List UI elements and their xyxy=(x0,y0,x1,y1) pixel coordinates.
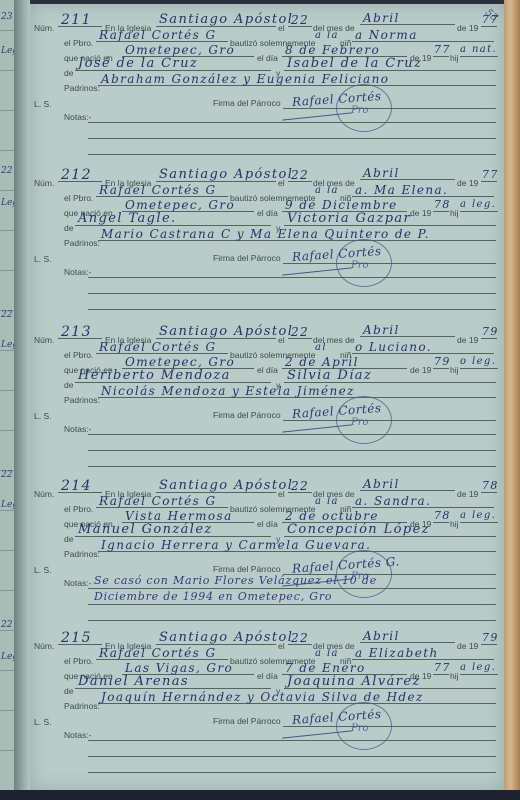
num-label: Núm. xyxy=(34,489,54,499)
baptism-day: 22 xyxy=(288,632,312,645)
ls-label: L. S. xyxy=(34,254,51,264)
notes-line xyxy=(88,293,496,294)
ls-label: L. S. xyxy=(34,565,51,575)
father-name: José de la Cruz xyxy=(75,58,271,71)
notes-line xyxy=(88,154,496,155)
notes-line xyxy=(88,122,496,123)
note-line-1: Se casó con Mario Flores Velázquez el 10… xyxy=(94,574,377,587)
baptism-month: Abril xyxy=(360,12,455,25)
note-line-2: Diciembre de 1994 en Ometepec, Gro xyxy=(94,590,332,603)
ruled-line xyxy=(0,190,14,191)
ruled-line xyxy=(0,550,14,551)
baptism-day: 22 xyxy=(288,14,312,27)
child-name: a. Ma Elena. xyxy=(352,184,494,197)
left-margin-mark: 22 xyxy=(1,470,12,480)
pbro-label: el Pbro. xyxy=(64,38,93,48)
church-name: Santiago Apóstol xyxy=(156,632,276,645)
godparents: Nicolás Mendoza y Estela Jiménez xyxy=(98,385,496,398)
baptism-year: 78 xyxy=(481,480,497,493)
notes-line xyxy=(88,604,496,605)
mother-name: Joaquina Alvárez xyxy=(284,676,496,689)
de-label: de xyxy=(64,686,73,696)
a-la-text: a la xyxy=(315,496,337,509)
priest-name: Rafael Cortés G xyxy=(96,184,228,197)
godparents: Ignacio Herrera y Carmela Guevara. xyxy=(98,539,496,552)
num-label: Núm. xyxy=(34,178,54,188)
notes-line xyxy=(88,309,496,310)
notes-line xyxy=(88,466,496,467)
a-la-text: a la xyxy=(315,30,337,43)
priest-name: Rafael Cortés G xyxy=(96,495,228,508)
pbro-label: el Pbro. xyxy=(64,350,93,360)
ruled-line xyxy=(0,230,14,231)
el-label: el xyxy=(278,489,285,499)
baptism-day: 22 xyxy=(288,326,312,339)
baptism-year: 79 xyxy=(481,326,497,339)
pbro-label: el Pbro. xyxy=(64,656,93,666)
baptism-entry: Núm. 214 En la Iglesia Santiago Apóstol … xyxy=(30,470,504,620)
previous-page-edge: 23 Leg. 22 Leg. 22 Leg. 22 Leg. 22 Leg. xyxy=(0,0,15,800)
baptism-month: Abril xyxy=(360,324,455,337)
el-label: el xyxy=(278,641,285,651)
baptism-register-page: 53 Núm. 211 En la Iglesia Santiago Apóst… xyxy=(30,4,504,790)
baptism-year: 79 xyxy=(481,632,497,645)
mother-name: Isabel de la Cruz xyxy=(284,58,496,71)
child-name: a Norma xyxy=(352,29,494,42)
de-label: de xyxy=(64,380,73,390)
ruled-line xyxy=(0,710,14,711)
padrinos-label: Padrinos: xyxy=(64,701,100,711)
baptism-year: 77 xyxy=(481,14,497,27)
ls-label: L. S. xyxy=(34,411,51,421)
baptism-entry: Núm. 215 En la Iglesia Santiago Apóstol … xyxy=(30,622,504,772)
firma-label: Firma del Párroco xyxy=(213,98,281,108)
ls-label: L. S. xyxy=(34,717,51,727)
padrinos-label: Padrinos: xyxy=(64,83,100,93)
num-label: Núm. xyxy=(34,335,54,345)
parish-seal: Pro xyxy=(336,396,392,444)
notas-label: Notas:- xyxy=(64,267,91,277)
page-edge xyxy=(504,0,520,800)
godparents: Joaquín Hernández y Octavia Silva de Hde… xyxy=(98,691,496,704)
de-label: de xyxy=(64,223,73,233)
entry-number: 211 xyxy=(58,14,102,27)
entry-number: 214 xyxy=(58,480,102,493)
firma-label: Firma del Párroco xyxy=(213,253,281,263)
father-name: Manuel González xyxy=(75,524,271,537)
left-margin-mark: 22 xyxy=(1,620,12,630)
entry-number: 213 xyxy=(58,326,102,339)
ruled-line xyxy=(0,110,14,111)
ruled-line xyxy=(0,70,14,71)
church-name: Santiago Apóstol xyxy=(156,480,276,493)
birth-year: 77 xyxy=(433,662,449,675)
father-name: Heriberto Mendoza xyxy=(75,370,271,383)
de-label: de xyxy=(64,68,73,78)
child-name: a. Sandra. xyxy=(352,495,494,508)
a-la-text: a la xyxy=(315,648,337,661)
left-margin-mark: 23 xyxy=(1,12,12,22)
entry-number: 215 xyxy=(58,632,102,645)
el-label: el xyxy=(278,335,285,345)
legitimacy: a nat. xyxy=(460,44,498,57)
parish-seal: Pro xyxy=(336,702,392,750)
notes-line xyxy=(88,620,496,621)
notes-line xyxy=(88,756,496,757)
child-name: o Luciano. xyxy=(352,341,494,354)
notes-line xyxy=(88,740,496,741)
ruled-line xyxy=(0,30,14,31)
pbro-label: el Pbro. xyxy=(64,193,93,203)
mother-name: Concepción López xyxy=(284,524,496,537)
ruled-line xyxy=(0,750,14,751)
padrinos-label: Padrinos: xyxy=(64,238,100,248)
child-name: a Elizabeth xyxy=(352,647,494,660)
church-name: Santiago Apóstol xyxy=(156,169,276,182)
firma-label: Firma del Párroco xyxy=(213,410,281,420)
pbro-label: el Pbro. xyxy=(64,504,93,514)
ruled-line xyxy=(0,350,14,351)
notas-label: Notas:- xyxy=(64,424,91,434)
left-margin-mark: 22 xyxy=(1,310,12,320)
num-label: Núm. xyxy=(34,641,54,651)
birth-year: 78 xyxy=(433,199,449,212)
notes-line xyxy=(88,434,496,435)
godparents: Mario Castrana C y Ma Elena Quintero de … xyxy=(98,228,496,241)
ls-label: L. S. xyxy=(34,99,51,109)
a-la-text: a la xyxy=(315,185,337,198)
notas-label: Notas:- xyxy=(64,112,91,122)
father-name: Daniel Arenas xyxy=(75,676,271,689)
mother-name: Silvia Díaz xyxy=(284,370,496,383)
el-label: el xyxy=(278,23,285,33)
birth-year: 77 xyxy=(433,44,449,57)
ruled-line xyxy=(0,390,14,391)
baptism-day: 22 xyxy=(288,480,312,493)
baptism-year: 77 xyxy=(481,169,497,182)
godparents: Abraham González y Eugenia Feliciano xyxy=(98,73,496,86)
notas-label: Notas:- xyxy=(64,578,91,588)
notes-line xyxy=(88,588,496,589)
notes-line xyxy=(88,772,496,773)
priest-name: Rafael Cortés G xyxy=(96,29,228,42)
parish-seal: Pro xyxy=(336,84,392,132)
father-name: Angel Tagle. xyxy=(75,213,271,226)
ruled-line xyxy=(0,590,14,591)
entry-number: 212 xyxy=(58,169,102,182)
parish-seal: Pro xyxy=(336,239,392,287)
padrinos-label: Padrinos: xyxy=(64,549,100,559)
baptism-day: 22 xyxy=(288,169,312,182)
ruled-line xyxy=(0,510,14,511)
ruled-line xyxy=(0,670,14,671)
ruled-line xyxy=(0,430,14,431)
firma-label: Firma del Párroco xyxy=(213,564,281,574)
firma-label: Firma del Párroco xyxy=(213,716,281,726)
legitimacy: a leg. xyxy=(460,199,498,212)
church-name: Santiago Apóstol xyxy=(156,326,276,339)
mother-name: Victoria Gazpar xyxy=(284,213,496,226)
baptism-entry: Núm. 213 En la Iglesia Santiago Apóstol … xyxy=(30,316,504,466)
de-label: de xyxy=(64,534,73,544)
notes-line xyxy=(88,450,496,451)
num-label: Núm. xyxy=(34,23,54,33)
desk-background xyxy=(0,790,520,800)
notas-label: Notas:- xyxy=(64,730,91,740)
church-name: Santiago Apóstol xyxy=(156,14,276,27)
left-margin-mark: 22 xyxy=(1,166,12,176)
ruled-line xyxy=(0,630,14,631)
ruled-line xyxy=(0,270,14,271)
padrinos-label: Padrinos: xyxy=(64,395,100,405)
legitimacy: a leg. xyxy=(460,510,498,523)
el-label: el xyxy=(278,178,285,188)
baptism-month: Abril xyxy=(360,478,455,491)
baptism-month: Abril xyxy=(360,167,455,180)
legitimacy: o leg. xyxy=(460,356,498,369)
birth-year: 79 xyxy=(433,356,449,369)
priest-name: Rafael Cortés G xyxy=(96,341,228,354)
priest-name: Rafael Cortés G xyxy=(96,647,228,660)
book-gutter xyxy=(14,0,30,800)
baptism-month: Abril xyxy=(360,630,455,643)
baptism-entry: Núm. 212 En la Iglesia Santiago Apóstol … xyxy=(30,159,504,309)
notes-line xyxy=(88,138,496,139)
notes-line xyxy=(88,277,496,278)
a-la-text: al xyxy=(315,342,337,355)
baptism-entry: Núm. 211 En la Iglesia Santiago Apóstol … xyxy=(30,4,504,154)
ruled-line xyxy=(0,150,14,151)
legitimacy: a leg. xyxy=(460,662,498,675)
birth-year: 78 xyxy=(433,510,449,523)
